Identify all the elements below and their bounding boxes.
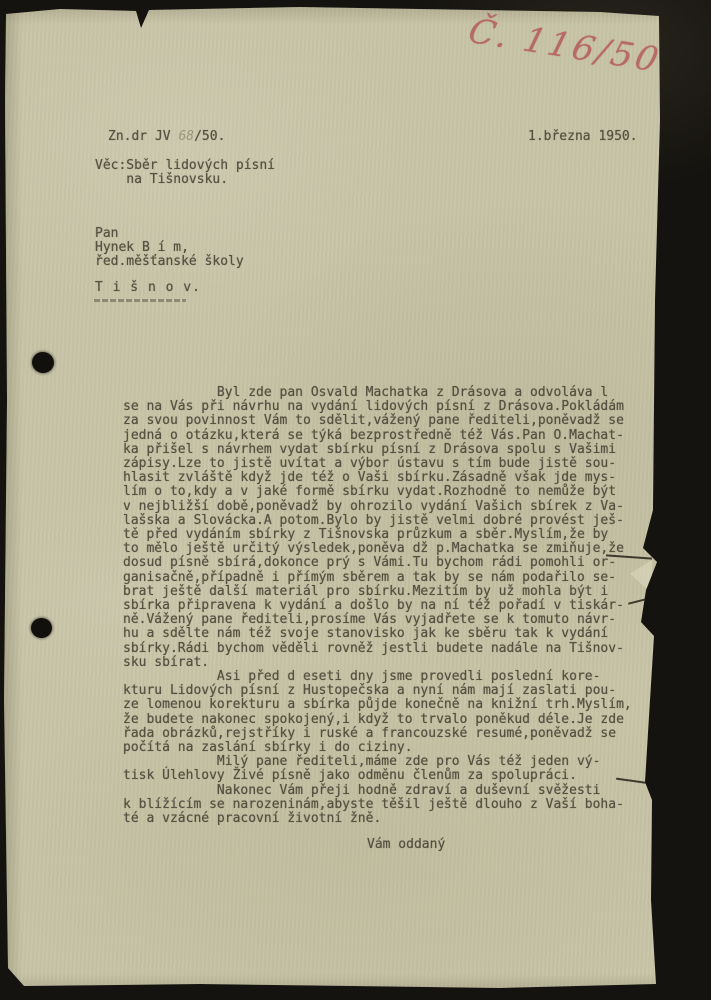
letter-body: Byl zde pan Osvald Machatka z Drásova a … [123,386,668,826]
handwritten-number-stamp: Č. 116/50 [464,11,692,84]
closing-salutation: Vám oddaný [367,838,445,852]
subject-block: Věc:Sběr lidových písní na Tišnovsku. [95,159,275,187]
letter-line: v nejbližší době,poněvadž by ohrozilo vy… [123,500,668,514]
letter-line: řed.měšťanské školy [95,255,244,269]
letter-line: k blížícím se narozeninám,abyste těšil j… [123,798,668,812]
letter-line: že budete nakonec spokojený,i když to tr… [123,713,668,727]
reference-number-pencil: 68 [178,129,194,144]
addressee-block: PanHynek B í m,řed.měšťanské školy [95,227,244,270]
letter-line: ka přišel s návrhem vydat sbírku písní z… [123,443,668,457]
letter-line: hu a sdělte nám též svoje stanovisko jak… [123,627,668,641]
letter-line: lašska a Slovácka.A potom.Bylo by jistě … [123,514,668,528]
reference-line: Zn.dr JV 68/50. [108,130,225,144]
letter-page: Č. 116/50 Zn.dr JV 68/50. 1.března 1950.… [0,0,711,1000]
letter-line: lím o to,kdy a v jaké formě sbírku vydat… [123,485,668,499]
reference-prefix: Zn.dr JV [108,129,178,144]
city-underline [94,299,186,302]
letter-line: jedná o otázku,která se týká bezprostřed… [123,429,668,443]
letter-line: na Tišnovsku. [95,173,275,187]
letter-line: za svou povinnost Vám to sdělit,vážený p… [123,414,668,428]
letter-line: Nakonec Vám přeji hodně zdraví a duševní… [123,784,668,798]
letter-line: ganisačně,případně i přímým sběrem a tak… [123,571,668,585]
addressee-city: T i š n o v. [95,281,201,295]
reference-suffix: /50. [194,129,225,144]
letter-line: dosud písně sbírá,dokonce prý s Vámi.Tu … [123,556,668,570]
letter-line: sku sbírat. [123,656,668,670]
letter-line: ze lomenou korekturu a sbírka půjde kone… [123,698,668,712]
date: 1.března 1950. [528,130,638,144]
letter-line: tisk Úlehlovy Živé písně jako odměnu čle… [123,769,668,783]
letter-line: sbírky.Rádi bychom věděli rovněž jestli … [123,642,668,656]
punch-hole-bottom [31,618,52,638]
scan-background: Č. 116/50 Zn.dr JV 68/50. 1.března 1950.… [0,0,711,1000]
letter-line: té a vzácné pracovní životní žně. [123,812,668,826]
letter-line: brat ještě další materiál pro sbírku.Mez… [123,585,668,599]
letter-line: řada obrázků,rejstříky i ruské a francou… [123,727,668,741]
